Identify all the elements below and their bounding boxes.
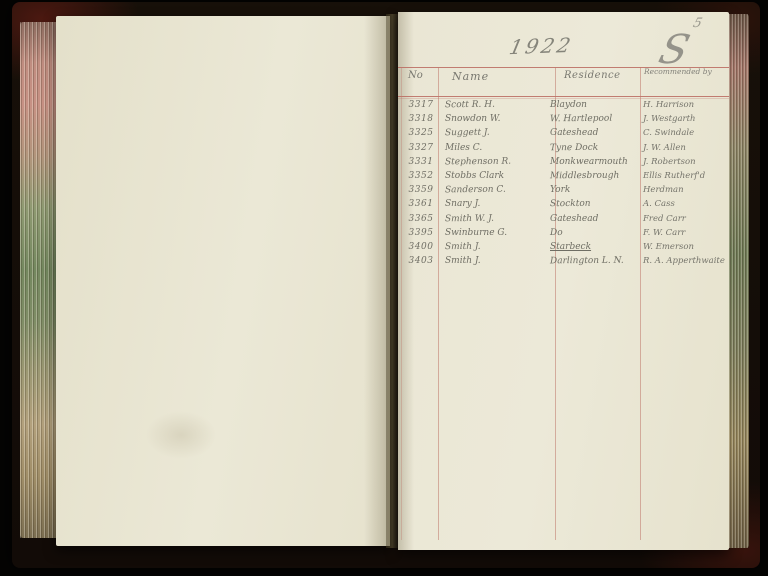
entry-name: Snary J. bbox=[445, 197, 480, 211]
entry-number: 3327 bbox=[406, 141, 436, 155]
entry-residence: Gateshead bbox=[550, 126, 598, 140]
table-row: 3331 Stephenson R. Monkwearmouth J. Robe… bbox=[398, 155, 729, 169]
entry-recommended: R. A. Apperthwaite bbox=[643, 254, 725, 268]
section-number: 5 bbox=[691, 16, 704, 31]
entry-name: Stobbs Clark bbox=[445, 169, 504, 183]
entry-residence: Blaydon bbox=[550, 98, 587, 112]
entry-number: 3331 bbox=[406, 155, 436, 169]
entry-recommended: J. Westgarth bbox=[643, 112, 695, 126]
entry-residence: Starbeck bbox=[550, 240, 591, 254]
table-row: 3317 Scott R. H. Blaydon H. Harrison bbox=[398, 98, 729, 112]
entry-number: 3325 bbox=[406, 126, 436, 140]
entry-name: Stephenson R. bbox=[445, 154, 511, 169]
entry-recommended: W. Emerson bbox=[643, 240, 694, 254]
entry-number: 3403 bbox=[406, 254, 436, 268]
ledger-rows: 3317 Scott R. H. Blaydon H. Harrison 331… bbox=[398, 98, 729, 268]
header-residence: Residence bbox=[564, 70, 621, 81]
entry-residence: York bbox=[550, 183, 570, 197]
entry-number: 3400 bbox=[406, 240, 436, 254]
entry-number: 3317 bbox=[406, 98, 436, 112]
entry-name: Smith W. J. bbox=[445, 211, 494, 226]
table-row: 3359 Sanderson C. York Herdman bbox=[398, 183, 729, 197]
entry-number: 3365 bbox=[406, 212, 436, 226]
table-row: 3403 Smith J. Darlington L. N. R. A. App… bbox=[398, 254, 729, 268]
entry-number: 3318 bbox=[406, 112, 436, 126]
entry-residence: Stockton bbox=[550, 197, 591, 212]
entry-name: Swinburne G. bbox=[445, 226, 507, 240]
entry-name: Smith J. bbox=[445, 254, 481, 268]
left-page-marbled-edges bbox=[20, 22, 58, 538]
entry-residence: Monkwearmouth bbox=[550, 155, 628, 169]
table-row: 3400 Smith J. Starbeck W. Emerson bbox=[398, 240, 729, 254]
entry-number: 3361 bbox=[406, 197, 436, 211]
entry-number: 3352 bbox=[406, 169, 436, 183]
table-row: 3352 Stobbs Clark Middlesbrough Ellis Ru… bbox=[398, 169, 729, 183]
table-row: 3325 Suggett J. Gateshead C. Swindale bbox=[398, 126, 729, 140]
entry-number: 3395 bbox=[406, 226, 436, 240]
table-row: 3361 Snary J. Stockton A. Cass bbox=[398, 197, 729, 211]
entry-name: Scott R. H. bbox=[445, 98, 495, 113]
year-heading: 1922 bbox=[507, 33, 576, 59]
entry-name: Snowdon W. bbox=[445, 112, 500, 126]
entry-name: Miles C. bbox=[445, 141, 482, 155]
right-ledger-page: 1922 S5 No Name Residence Recommended by… bbox=[398, 12, 729, 550]
entry-recommended: Ellis Rutherf'd bbox=[643, 169, 705, 183]
entry-recommended: J. Robertson bbox=[643, 155, 696, 169]
right-page-marbled-edges bbox=[729, 14, 749, 548]
header-name: Name bbox=[452, 70, 489, 83]
entry-recommended: C. Swindale bbox=[643, 126, 694, 140]
section-letter-mark: S5 bbox=[654, 16, 704, 73]
table-row: 3327 Miles C. Tyne Dock J. W. Allen bbox=[398, 141, 729, 155]
entry-recommended: J. W. Allen bbox=[643, 141, 686, 155]
entry-recommended: Herdman bbox=[643, 183, 684, 197]
entry-name: Sanderson C. bbox=[445, 183, 506, 198]
entry-name: Suggett J. bbox=[445, 126, 490, 141]
table-row: 3365 Smith W. J. Gateshead Fred Carr bbox=[398, 212, 729, 226]
entry-number: 3359 bbox=[406, 183, 436, 197]
entry-residence: Gateshead bbox=[550, 212, 598, 226]
entry-residence: W. Hartlepool bbox=[550, 112, 612, 127]
header-bottom-rule bbox=[398, 96, 729, 97]
left-blank-page bbox=[56, 16, 390, 546]
entry-name: Smith J. bbox=[445, 240, 481, 255]
paper-stain bbox=[146, 411, 216, 459]
entry-residence: Do bbox=[550, 226, 563, 240]
ledger-photograph: 1922 S5 No Name Residence Recommended by… bbox=[0, 0, 768, 576]
entry-recommended: H. Harrison bbox=[643, 98, 694, 112]
entry-recommended: Fred Carr bbox=[643, 212, 686, 226]
table-row: 3318 Snowdon W. W. Hartlepool J. Westgar… bbox=[398, 112, 729, 126]
table-row: 3395 Swinburne G. Do F. W. Carr bbox=[398, 226, 729, 240]
entry-residence: Middlesbrough bbox=[550, 169, 619, 184]
header-no: No bbox=[408, 70, 423, 81]
entry-residence: Tyne Dock bbox=[550, 140, 598, 155]
entry-recommended: F. W. Carr bbox=[643, 226, 685, 240]
entry-recommended: A. Cass bbox=[643, 197, 675, 211]
header-recommended: Recommended by bbox=[644, 68, 724, 77]
entry-residence: Darlington L. N. bbox=[550, 254, 624, 269]
